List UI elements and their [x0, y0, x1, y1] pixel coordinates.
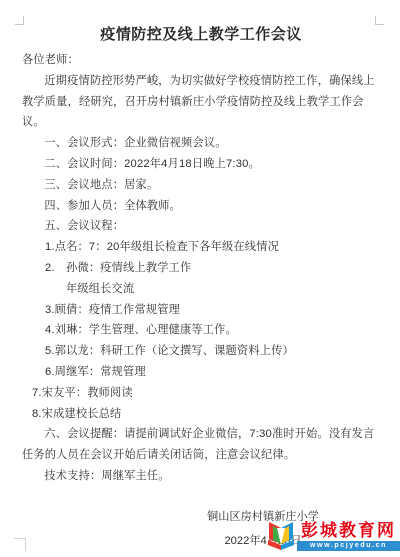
section-meeting-format: 一、会议形式：企业微信视频会议。: [22, 133, 380, 154]
agenda-item-7: 7.宋友平：教师阅读: [22, 383, 380, 404]
book-logo-icon: [266, 520, 296, 551]
reminder-paragraph: 六、会议提醒：请提前调试好企业微信，7:30准时开始。没有发言任务的人员在会议开…: [22, 424, 380, 466]
agenda-item-3: 3.顾倩：疫情工作常规管理: [22, 300, 380, 321]
watermark-text-block: 彭城教育网 www.pcjyedu.cn: [297, 522, 400, 551]
agenda-item-4: 4.刘琳：学生管理、心理健康等工作。: [22, 320, 380, 341]
section-meeting-place: 三、会议地点：居家。: [22, 175, 380, 196]
document-page: 疫情防控及线上教学工作会议 各位老师： 近期疫情防控形势严峻，为切实做好学校疫情…: [0, 0, 400, 557]
agenda-item-6: 6.周继军：常规管理: [22, 362, 380, 383]
watermark-site-url: www.pcjyedu.cn: [297, 541, 400, 551]
section-agenda-header: 五、会议议程：: [22, 216, 380, 237]
document-title: 疫情防控及线上教学工作会议: [22, 24, 380, 46]
agenda-item-5: 5.郭以龙：科研工作（论文撰写、课题资料上传）: [22, 341, 380, 362]
tech-support-line: 技术支持：周继军主任。: [22, 466, 380, 487]
salutation: 各位老师：: [22, 50, 380, 71]
agenda-item-2: 2. 孙微：疫情线上教学工作: [22, 258, 380, 279]
agenda-item-1: 1.点名：7：20年级组长检查下各年级在线情况: [22, 237, 380, 258]
section-participants: 四、参加人员：全体教师。: [22, 196, 380, 217]
watermark-site-name: 彭城教育网: [297, 522, 400, 540]
watermark: 彭城教育网 www.pcjyedu.cn: [266, 520, 400, 551]
intro-paragraph: 近期疫情防控形势严峻，为切实做好学校疫情防控工作，确保线上教学质量，经研究，召开…: [22, 71, 380, 133]
agenda-item-2-continued: 年级组长交流: [22, 279, 380, 300]
agenda-item-8: 8.宋成建校长总结: [22, 404, 380, 425]
document-body: 疫情防控及线上教学工作会议 各位老师： 近期疫情防控形势严峻，为切实做好学校疫情…: [22, 24, 380, 553]
section-meeting-time: 二、会议时间：2022年4月18日晚上7:30。: [22, 154, 380, 175]
